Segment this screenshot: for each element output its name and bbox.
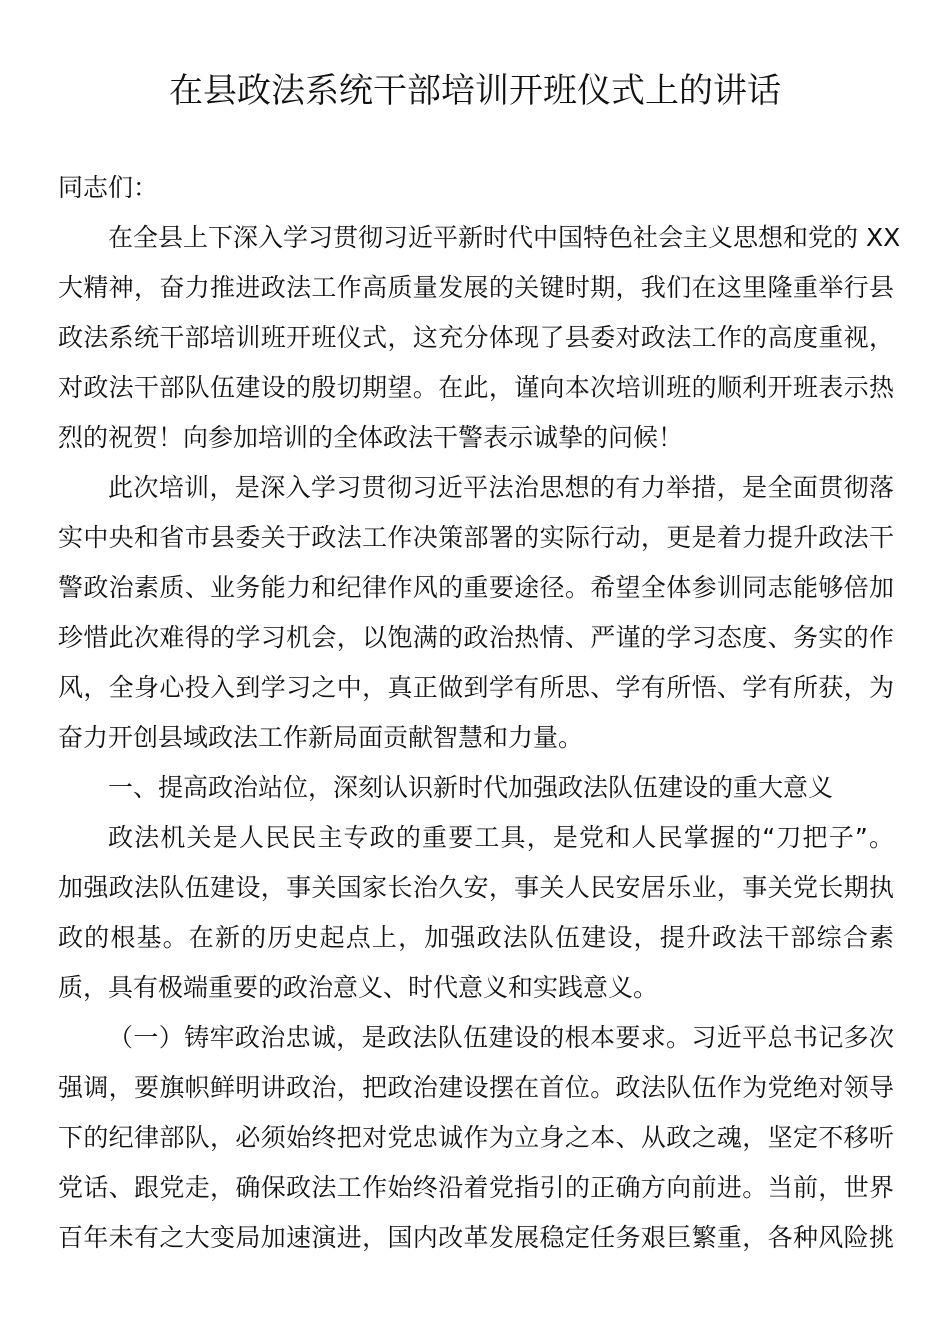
text-line: 百年未有之大变局加速演进，国内改革发展稳定任务艰巨繁重，各种风险挑	[58, 1213, 894, 1263]
text-line: 下的纪律部队，必须始终把对党忠诚作为立身之本、从政之魂，坚定不移听	[58, 1113, 894, 1163]
text-line: （一）铸牢政治忠诚，是政法队伍建设的根本要求。习近平总书记多次	[58, 1013, 894, 1063]
text-line: 在全县上下深入学习贯彻习近平新时代中国特色社会主义思想和党的 XX	[58, 213, 894, 263]
section-heading-text: 一、提高政治站位，深刻认识新时代加强政法队伍建设的重大意义	[58, 763, 894, 813]
document-title: 在县政法系统干部培训开班仪式上的讲话	[0, 66, 950, 116]
text-line: 警政治素质、业务能力和纪律作风的重要途径。希望全体参训同志能够倍加	[58, 563, 894, 613]
text-line: 质，具有极端重要的政治意义、时代意义和实践意义。	[58, 963, 894, 1013]
text-line: 政的根基。在新的历史起点上，加强政法队伍建设，提升政法干部综合素	[58, 913, 894, 963]
section-heading-1: 一、提高政治站位，深刻认识新时代加强政法队伍建设的重大意义	[58, 763, 894, 813]
text-line: 党话、跟党走，确保政法工作始终沿着党指引的正确方向前进。当前，世界	[58, 1163, 894, 1213]
document-page: 在县政法系统干部培训开班仪式上的讲话 同志们： 在全县上下深入学习贯彻习近平新时…	[0, 0, 950, 1344]
paragraph-political-loyalty: （一）铸牢政治忠诚，是政法队伍建设的根本要求。习近平总书记多次 强调，要旗帜鲜明…	[58, 1013, 894, 1263]
text-line: 烈的祝贺！向参加培训的全体政法干警表示诚挚的问候！	[58, 413, 894, 463]
text-line: 此次培训，是深入学习贯彻习近平法治思想的有力举措，是全面贯彻落	[58, 463, 894, 513]
text-line: 加强政法队伍建设，事关国家长治久安，事关人民安居乐业，事关党长期执	[58, 863, 894, 913]
text-line: 对政法干部队伍建设的殷切期望。在此，谨向本次培训班的顺利开班表示热	[58, 363, 894, 413]
text-line: 风，全身心投入到学习之中，真正做到学有所思、学有所悟、学有所获，为	[58, 663, 894, 713]
text-line: 强调，要旗帜鲜明讲政治，把政治建设摆在首位。政法队伍作为党绝对领导	[58, 1063, 894, 1113]
document-body: 同志们： 在全县上下深入学习贯彻习近平新时代中国特色社会主义思想和党的 XX 大…	[58, 163, 894, 1263]
text-line: 实中央和省市县委关于政法工作决策部署的实际行动，更是着力提升政法干	[58, 513, 894, 563]
text-line: 政法机关是人民民主专政的重要工具，是党和人民掌握的“刀把子”。	[58, 813, 894, 863]
text-line: 政法系统干部培训班开班仪式，这充分体现了县委对政法工作的高度重视，	[58, 313, 894, 363]
paragraph-significance: 政法机关是人民民主专政的重要工具，是党和人民掌握的“刀把子”。 加强政法队伍建设…	[58, 813, 894, 1013]
salutation: 同志们：	[58, 163, 894, 213]
text-line: 大精神，奋力推进政法工作高质量发展的关键时期，我们在这里隆重举行县	[58, 263, 894, 313]
text-line: 珍惜此次难得的学习机会，以饱满的政治热情、严谨的学习态度、务实的作	[58, 613, 894, 663]
text-line: 奋力开创县域政法工作新局面贡献智慧和力量。	[58, 713, 894, 763]
paragraph-intro: 在全县上下深入学习贯彻习近平新时代中国特色社会主义思想和党的 XX 大精神，奋力…	[58, 213, 894, 463]
paragraph-training-purpose: 此次培训，是深入学习贯彻习近平法治思想的有力举措，是全面贯彻落 实中央和省市县委…	[58, 463, 894, 763]
